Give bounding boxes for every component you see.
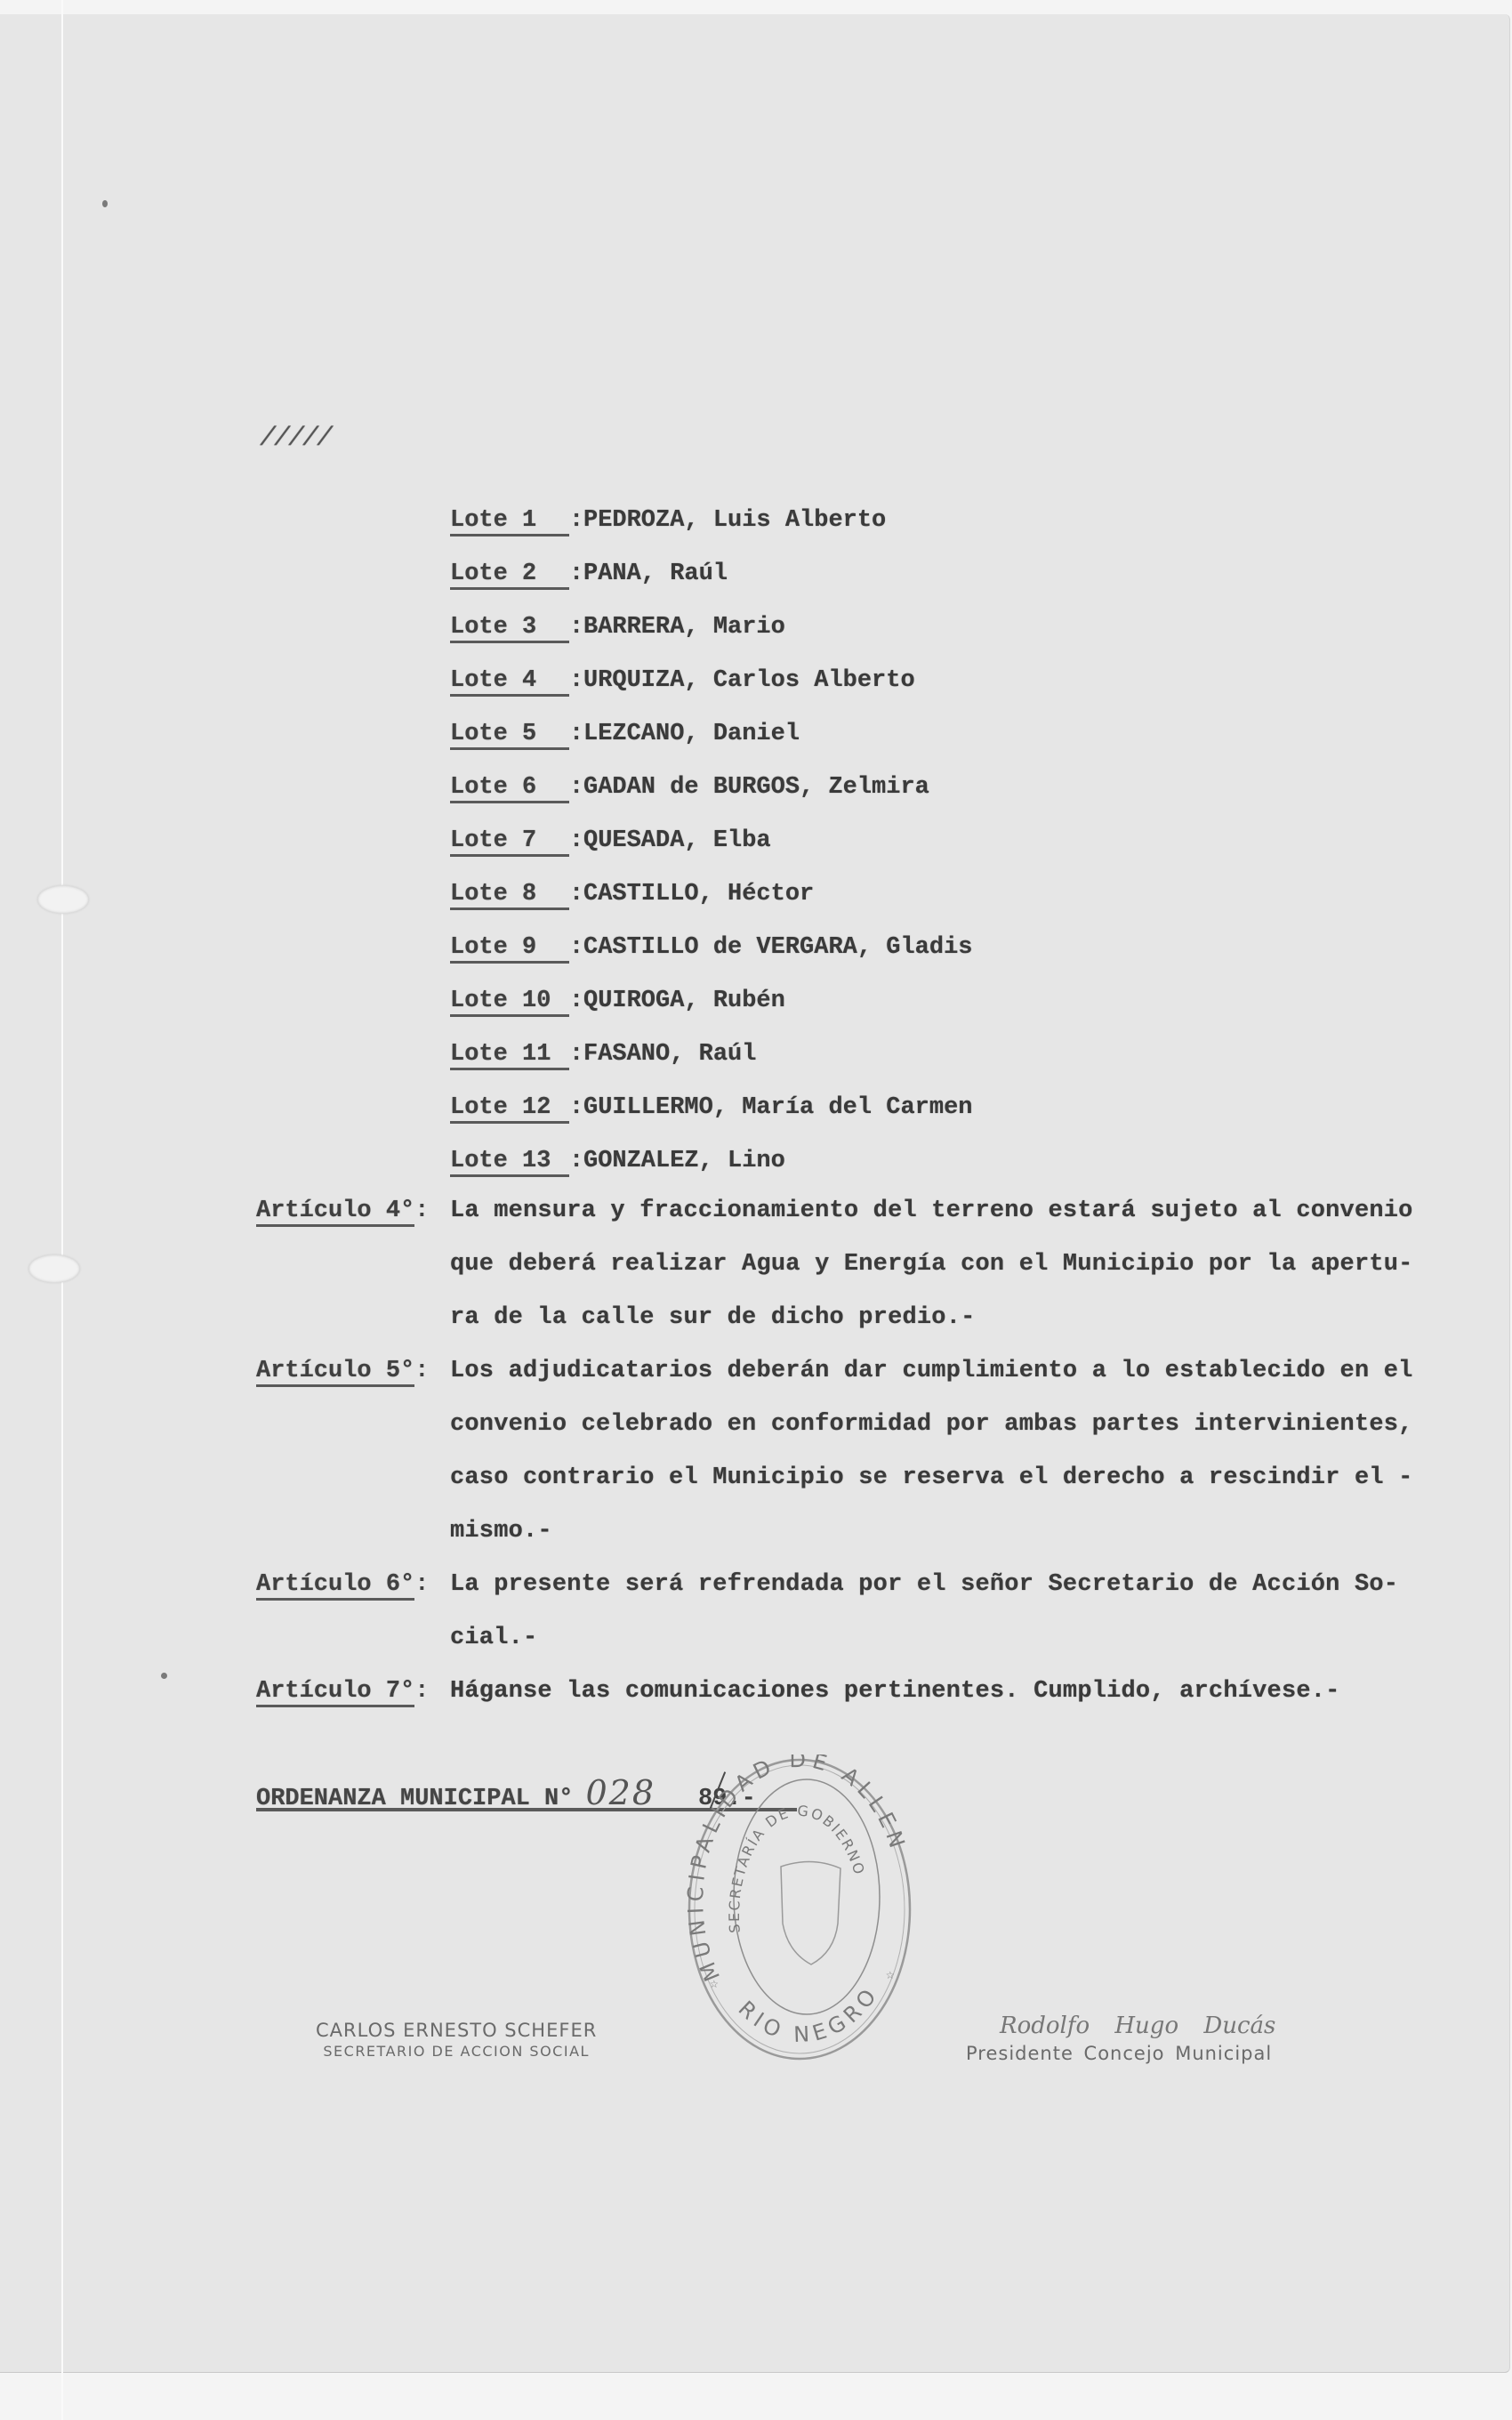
article-line: Háganse las comunicaciones pertinentes. … — [450, 1678, 1439, 1731]
lote-label: Lote 11 — [450, 1041, 569, 1070]
lote-separator: : — [569, 881, 578, 907]
lote-separator: : — [569, 561, 578, 587]
article: Artículo 4°:La mensura y fraccionamiento… — [256, 1198, 1439, 1358]
lote-row: Lote 10:QUIROGA, Rubén — [450, 988, 972, 1041]
lote-name: LEZCANO, Daniel — [578, 721, 800, 747]
lote-name: CASTILLO de VERGARA, Gladis — [578, 934, 972, 961]
lote-row: Lote 4:URQUIZA, Carlos Alberto — [450, 667, 972, 721]
lote-name: PEDROZA, Luis Alberto — [578, 507, 886, 534]
article-separator: : — [414, 1678, 429, 1705]
lote-row: Lote 7:QUESADA, Elba — [450, 827, 972, 881]
lote-separator: : — [569, 667, 578, 694]
article-body: La mensura y fraccionamiento del terreno… — [450, 1198, 1439, 1358]
punch-hole-bottom — [28, 1254, 80, 1283]
lote-label: Lote 10 — [450, 988, 569, 1017]
municipal-seal-stamp: MUNICIPALIDAD DE ALLEN SECRETARÍA DE GOB… — [685, 1754, 914, 2064]
articles-section: Artículo 4°:La mensura y fraccionamiento… — [256, 1198, 1439, 1731]
continuation-mark: ///// — [260, 423, 331, 454]
article-label: Artículo 6° — [256, 1571, 414, 1601]
secretary-title: SECRETARIO DE ACCION SOCIAL — [316, 2043, 597, 2060]
president-name: Rodolfo Hugo Ducás — [1000, 2013, 1275, 2039]
lote-row: Lote 2:PANA, Raúl — [450, 561, 972, 614]
lote-separator: : — [569, 507, 578, 534]
article-line: caso contrario el Municipio se reserva e… — [450, 1464, 1439, 1518]
lote-name: URQUIZA, Carlos Alberto — [578, 667, 915, 694]
lote-label: Lote 4 — [450, 667, 569, 697]
lote-separator: : — [569, 774, 578, 801]
lote-name: FASANO, Raúl — [578, 1041, 756, 1068]
svg-text:SECRETARÍA DE GOBIERNO: SECRETARÍA DE GOBIERNO — [726, 1802, 868, 1933]
article-line: La mensura y fraccionamiento del terreno… — [450, 1198, 1439, 1251]
article: Artículo 7°:Háganse las comunicaciones p… — [256, 1678, 1439, 1731]
star-icon: ☆ — [886, 1967, 895, 1983]
secretary-name: CARLOS ERNESTO SCHEFER — [316, 2020, 597, 2041]
article-label: Artículo 7° — [256, 1678, 414, 1707]
article-separator: : — [414, 1571, 429, 1598]
article: Artículo 5°:Los adjudicatarios deberán d… — [256, 1358, 1439, 1571]
coat-of-arms-icon — [781, 1861, 840, 1964]
article-body: Háganse las comunicaciones pertinentes. … — [450, 1678, 1439, 1731]
ordinance-number: 028 — [585, 1773, 655, 1812]
lote-list: Lote 1:PEDROZA, Luis AlbertoLote 2:PANA,… — [450, 507, 972, 1201]
lote-row: Lote 12:GUILLERMO, María del Carmen — [450, 1094, 972, 1148]
lote-row: Lote 3:BARRERA, Mario — [450, 614, 972, 667]
lote-name: CASTILLO, Héctor — [578, 881, 814, 907]
president-title: Presidente Concejo Municipal — [966, 2043, 1275, 2064]
lote-name: QUIROGA, Rubén — [578, 988, 785, 1014]
lote-separator: : — [569, 988, 578, 1014]
article-line: Los adjudicatarios deberán dar cumplimie… — [450, 1358, 1439, 1411]
lote-name: GUILLERMO, María del Carmen — [578, 1094, 972, 1121]
lote-name: GADAN de BURGOS, Zelmira — [578, 774, 929, 801]
lote-label: Lote 8 — [450, 881, 569, 910]
lote-label: Lote 12 — [450, 1094, 569, 1124]
article-separator: : — [414, 1358, 429, 1384]
lote-row: Lote 9:CASTILLO de VERGARA, Gladis — [450, 934, 972, 988]
article-line: cial.- — [450, 1625, 1439, 1678]
lote-row: Lote 8:CASTILLO, Héctor — [450, 881, 972, 934]
article-separator: : — [414, 1198, 429, 1224]
lote-label: Lote 9 — [450, 934, 569, 964]
article-label: Artículo 4° — [256, 1198, 414, 1227]
lote-label: Lote 3 — [450, 614, 569, 643]
lote-label: Lote 1 — [450, 507, 569, 536]
lote-row: Lote 5:LEZCANO, Daniel — [450, 721, 972, 774]
article-body: La presente será refrendada por el señor… — [450, 1571, 1439, 1678]
article-line: convenio celebrado en conformidad por am… — [450, 1411, 1439, 1464]
lote-name: GONZALEZ, Lino — [578, 1148, 785, 1174]
lote-label: Lote 13 — [450, 1148, 569, 1177]
lote-row: Lote 1:PEDROZA, Luis Alberto — [450, 507, 972, 561]
signature-secretary: CARLOS ERNESTO SCHEFER SECRETARIO DE ACC… — [316, 2020, 597, 2060]
article-line: que deberá realizar Agua y Energía con e… — [450, 1251, 1439, 1304]
lote-name: QUESADA, Elba — [578, 827, 771, 854]
lote-separator: : — [569, 934, 578, 961]
stamp-inner-text: SECRETARÍA DE GOBIERNO — [726, 1802, 868, 1933]
lote-separator: : — [569, 1094, 578, 1121]
lote-row: Lote 11:FASANO, Raúl — [450, 1041, 972, 1094]
lote-row: Lote 13:GONZALEZ, Lino — [450, 1148, 972, 1201]
lote-label: Lote 7 — [450, 827, 569, 857]
lote-label: Lote 2 — [450, 561, 569, 590]
article: Artículo 6°:La presente será refrendada … — [256, 1571, 1439, 1678]
article-line: La presente será refrendada por el señor… — [450, 1571, 1439, 1625]
signature-president: Rodolfo Hugo Ducás Presidente Concejo Mu… — [966, 2013, 1275, 2064]
paper-speck — [102, 200, 108, 207]
lote-separator: : — [569, 614, 578, 641]
lote-name: BARRERA, Mario — [578, 614, 785, 641]
lote-separator: : — [569, 721, 578, 747]
star-icon: ☆ — [710, 1976, 719, 1992]
ordinance-line: ORDENANZA MUNICIPAL N° 028 89.- — [256, 1773, 756, 1812]
article-body: Los adjudicatarios deberán dar cumplimie… — [450, 1358, 1439, 1571]
article-label: Artículo 5° — [256, 1358, 414, 1387]
lote-separator: : — [569, 1148, 578, 1174]
paper-speck — [161, 1673, 167, 1679]
lote-label: Lote 5 — [450, 721, 569, 750]
lote-label: Lote 6 — [450, 774, 569, 803]
lote-separator: : — [569, 1041, 578, 1068]
lote-name: PANA, Raúl — [578, 561, 728, 587]
article-line: mismo.- — [450, 1518, 1439, 1571]
lote-separator: : — [569, 827, 578, 854]
article-line: ra de la calle sur de dicho predio.- — [450, 1304, 1439, 1358]
lote-row: Lote 6:GADAN de BURGOS, Zelmira — [450, 774, 972, 827]
scan-fold-line — [61, 0, 63, 2420]
punch-hole-top — [37, 885, 89, 914]
